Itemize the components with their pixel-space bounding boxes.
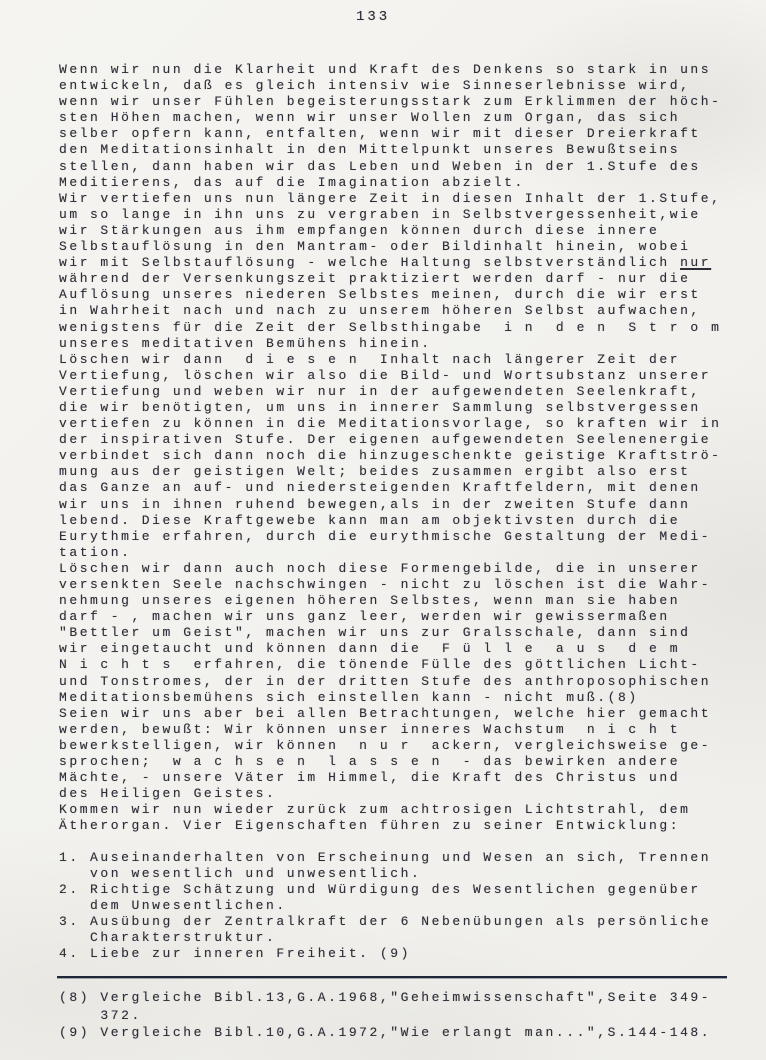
- text-line: Eurythmie erfahren, durch die eurythmisc…: [59, 529, 721, 545]
- text-line: und Tonstromes, der in der dritten Stufe…: [59, 674, 721, 690]
- text-line: Auflösung unseres niederen Selbstes mein…: [59, 287, 721, 303]
- text-line: die wir benötigten, um uns in innerer Sa…: [59, 400, 721, 416]
- text-line: wir uns in ihnen ruhend bewegen,als in d…: [59, 497, 721, 513]
- text-line: stellen, dann haben wir das Leben und We…: [59, 159, 721, 175]
- text-line: von wesentlich und unwesentlich.: [59, 866, 721, 882]
- text-line: (9) Vergleiche Bibl.10,G.A.1972,"Wie erl…: [59, 1024, 711, 1042]
- numbered-list: 1. Auseinanderhalten von Erscheinung und…: [59, 850, 721, 963]
- paragraph-4: Löschen wir dann auch noch diese Formeng…: [59, 561, 721, 706]
- text-line: Charakterstruktur.: [59, 930, 721, 946]
- text-line: Mächte, - unsere Väter im Himmel, die Kr…: [59, 770, 721, 786]
- text-line: 3. Ausübung der Zentralkraft der 6 Neben…: [59, 914, 721, 930]
- text-line: Meditierens, das auf die Imagination abz…: [59, 175, 721, 191]
- text-line: während der Versenkungszeit praktiziert …: [59, 271, 721, 287]
- text-line: bewerkstelligen, wir können n u r ackern…: [59, 738, 721, 754]
- footnote-separator: [57, 976, 727, 978]
- text-line: sten Höhen machen, wenn wir unser Wollen…: [59, 110, 721, 126]
- text-line: der inspirativen Stufe. Der eigenen aufg…: [59, 432, 721, 448]
- text-line: lebend. Diese Kraftgewebe kann man am ob…: [59, 513, 721, 529]
- text-line: wenigstens für die Zeit der Selbsthingab…: [59, 320, 721, 336]
- text-line: 2. Richtige Schätzung und Würdigung des …: [59, 882, 721, 898]
- text-line: Vertiefung und weben wir nur in der aufg…: [59, 384, 721, 400]
- text-line: mung aus der geistigen Welt; beides zusa…: [59, 464, 721, 480]
- text-line: 4. Liebe zur inneren Freiheit. (9): [59, 946, 721, 962]
- text-line: wir Stärkungen aus ihm empfangen können …: [59, 223, 721, 239]
- text-line: um so lange in ihn uns zu vergraben in S…: [59, 207, 721, 223]
- text-line: wir eingetaucht und können dann die F ü …: [59, 641, 721, 657]
- paragraph-6: Kommen wir nun wieder zurück zum achtros…: [59, 802, 721, 834]
- page-number: 133: [356, 7, 390, 27]
- text-line: nehmung unseres eigenen höheren Selbstes…: [59, 593, 721, 609]
- text-line: des Heiligen Geistes.: [59, 786, 721, 802]
- text-line: Kommen wir nun wieder zurück zum achtros…: [59, 802, 721, 818]
- text-line: Meditationsbemühens sich einstellen kann…: [59, 690, 721, 706]
- scanned-page: 133 Wenn wir nun die Klarheit und Kraft …: [0, 0, 766, 1060]
- text-line: Wir vertiefen uns nun längere Zeit in di…: [59, 191, 721, 207]
- text-line: (8) Vergleiche Bibl.13,G.A.1968,"Geheimw…: [59, 989, 711, 1007]
- text-line: tation.: [59, 545, 721, 561]
- paragraph-5: Seien wir uns aber bei allen Betrachtung…: [59, 706, 721, 803]
- text-line: N i c h t s erfahren, die tönende Fülle …: [59, 657, 721, 673]
- text-line: entwickeln, daß es gleich intensiv wie S…: [59, 78, 721, 94]
- text-line: unseres meditativen Bemühens hinein.: [59, 336, 721, 352]
- footnotes: (8) Vergleiche Bibl.13,G.A.1968,"Geheimw…: [59, 989, 711, 1042]
- paragraph-1: Wenn wir nun die Klarheit und Kraft des …: [59, 62, 721, 191]
- text-line: selber opfern kann, entfalten, wenn wir …: [59, 126, 721, 142]
- text-line: Wenn wir nun die Klarheit und Kraft des …: [59, 62, 721, 78]
- text-line: wenn wir unser Fühlen begeisterungsstark…: [59, 94, 721, 110]
- text-line: das Ganze an auf- und niedersteigenden K…: [59, 480, 721, 496]
- text-line: werden, bewußt: Wir können unser inneres…: [59, 722, 721, 738]
- text-line: 372.: [59, 1007, 711, 1025]
- text-line: vertiefen zu können in die Meditationsvo…: [59, 416, 721, 432]
- text-line: sprochen; w a c h s e n l a s s e n - da…: [59, 754, 721, 770]
- text-line: Seien wir uns aber bei allen Betrachtung…: [59, 706, 721, 722]
- text-line: Löschen wir dann d i e s e n Inhalt nach…: [59, 352, 721, 368]
- text-line: "Bettler um Geist", machen wir uns zur G…: [59, 625, 721, 641]
- paragraph-3: Löschen wir dann d i e s e n Inhalt nach…: [59, 352, 721, 561]
- text-line: 1. Auseinanderhalten von Erscheinung und…: [59, 850, 721, 866]
- text-line: Löschen wir dann auch noch diese Formeng…: [59, 561, 721, 577]
- text-line: Selbstauflösung in den Mantram- oder Bil…: [59, 239, 721, 255]
- text-line: wir mit Selbstauflösung - welche Haltung…: [59, 255, 721, 271]
- text-line: Ätherorgan. Vier Eigenschaften führen zu…: [59, 818, 721, 834]
- text-line: Vertiefung, löschen wir also die Bild- u…: [59, 368, 721, 384]
- text-line: versenkten Seele nachschwingen - nicht z…: [59, 577, 721, 593]
- text-line: den Meditationsinhalt in den Mittelpunkt…: [59, 142, 721, 158]
- text-line: verbindet sich dann noch die hinzugesche…: [59, 448, 721, 464]
- text-line: dem Unwesentlichen.: [59, 898, 721, 914]
- paragraph-2: Wir vertiefen uns nun längere Zeit in di…: [59, 191, 721, 352]
- body-text: Wenn wir nun die Klarheit und Kraft des …: [59, 62, 721, 962]
- text-line: in Wahrheit nach und nach zu unserem höh…: [59, 303, 721, 319]
- text-line: darf - , machen wir uns ganz leer, werde…: [59, 609, 721, 625]
